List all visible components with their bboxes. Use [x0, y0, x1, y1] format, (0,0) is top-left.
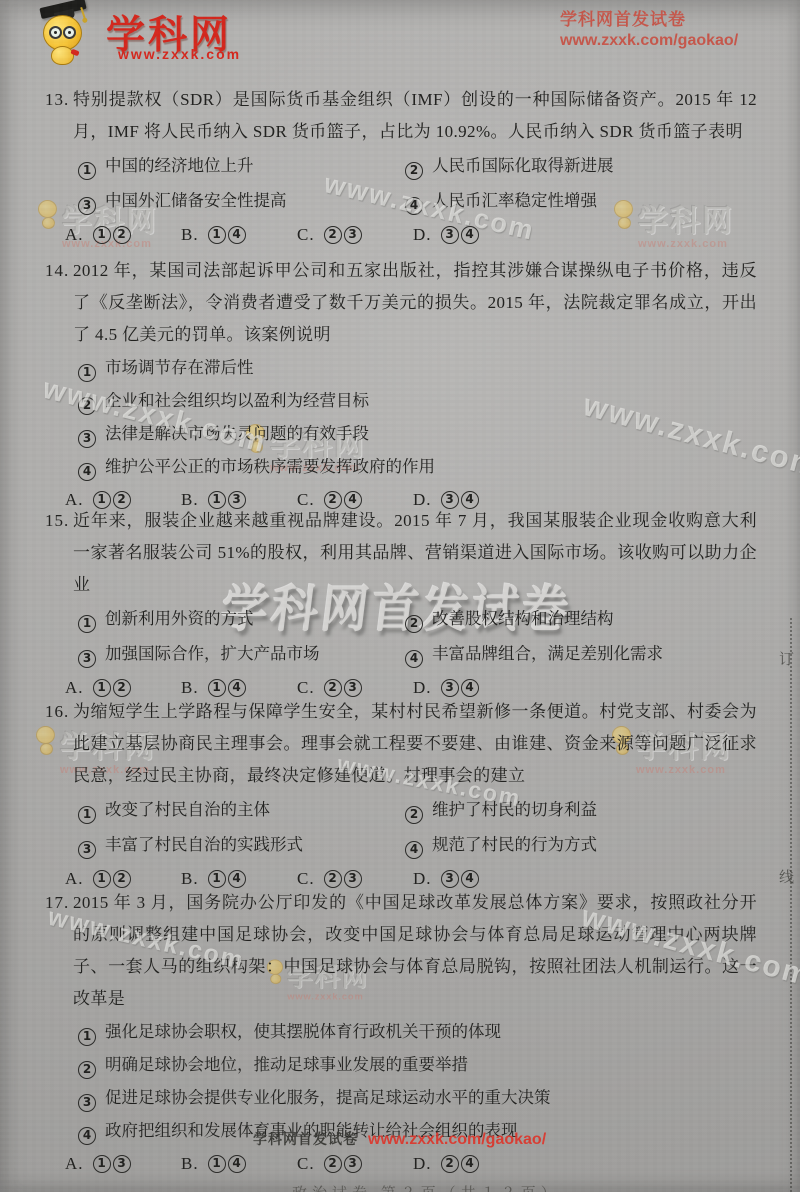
circled-number: 1: [78, 1028, 96, 1046]
option-list: 1市场调节存在滞后性2企业和社会组织均以盈利为经营目标3法律是解决市场失灵问题的…: [78, 351, 757, 483]
option-item: 1创新利用外资的方式: [78, 601, 405, 636]
answer-choice: C.23: [297, 678, 413, 698]
option-item: 2人民币国际化取得新进展: [405, 148, 757, 183]
option-item: 1市场调节存在滞后性: [78, 351, 757, 384]
answer-choice: C.23: [297, 1154, 413, 1174]
answer-letter: B.: [181, 1154, 199, 1174]
circled-number: 3: [441, 226, 459, 244]
answer-choices: A.12B.14C.23D.34: [65, 220, 757, 250]
option-list: 1中国的经济地位上升2人民币国际化取得新进展3中国外汇储备安全性提高4人民币汇率…: [78, 148, 757, 218]
option-text: 人民币汇率稳定性增强: [432, 191, 597, 210]
option-item: 4丰富品牌组合，满足差别化需求: [405, 636, 757, 671]
option-text: 维护了村民的切身利益: [432, 800, 597, 819]
option-text: 市场调节存在滞后性: [105, 358, 254, 377]
page-number-footer-clipped: 政治试卷 第２页（共１２页）: [292, 1182, 672, 1192]
option-list: 1强化足球协会职权，使其摆脱体育行政机关干预的体现2明确足球协会地位，推动足球事…: [78, 1015, 757, 1147]
glasses-icon: [49, 26, 62, 39]
option-item: 2明确足球协会地位，推动足球事业发展的重要举措: [78, 1048, 757, 1081]
circled-number: 2: [324, 1155, 342, 1173]
answer-letter: B.: [181, 225, 199, 245]
circled-number: 3: [113, 1155, 131, 1173]
answer-letter: A.: [65, 1154, 84, 1174]
question-stem: 特别提款权（SDR）是国际货币基金组织（IMF）创设的一种国际储备资产。2015…: [73, 84, 757, 148]
option-item: 2企业和社会组织均以盈利为经营目标: [78, 384, 757, 417]
circled-number: 3: [344, 679, 362, 697]
answer-choice: C.23: [297, 869, 413, 889]
answer-choice: A.12: [65, 225, 181, 245]
answer-choice: C.23: [297, 225, 413, 245]
circled-number: 3: [344, 226, 362, 244]
circled-number: 4: [228, 679, 246, 697]
option-item: 3加强国际合作，扩大产品市场: [78, 636, 405, 671]
brand-url: www.zxxk.com: [118, 46, 241, 62]
answer-letter: B.: [181, 869, 199, 889]
circled-number: 2: [113, 870, 131, 888]
circled-number: 3: [78, 1094, 96, 1112]
circled-number: 4: [461, 679, 479, 697]
circled-number: 2: [324, 679, 342, 697]
option-item: 4规范了村民的行为方式: [405, 827, 757, 862]
circled-number: 1: [208, 1155, 226, 1173]
circled-number: 2: [405, 806, 423, 824]
option-text: 丰富了村民自治的实践形式: [105, 835, 303, 854]
binding-char: 订: [779, 648, 794, 669]
answer-choice: D.24: [413, 1154, 529, 1174]
question-stem: 2015 年 3 月，国务院办公厅印发的《中国足球改革发展总体方案》要求，按照政…: [73, 887, 757, 1015]
answer-choice: A.12: [65, 869, 181, 889]
option-item: 3中国外汇储备安全性提高: [78, 183, 405, 218]
option-text: 改善股权结构和治理结构: [432, 609, 614, 628]
answer-letter: C.: [297, 678, 315, 698]
circled-number: 4: [461, 226, 479, 244]
circled-number: 4: [228, 226, 246, 244]
scanned-exam-page: 学科网 www.zxxk.com 学科网首发试卷 www.zxxk.com/ga…: [0, 0, 800, 1192]
circled-number: 1: [78, 806, 96, 824]
option-text: 强化足球协会职权，使其摆脱体育行政机关干预的体现: [105, 1022, 501, 1041]
answer-letter: D.: [413, 1154, 432, 1174]
glasses-icon: [63, 26, 76, 39]
circled-number: 3: [78, 197, 96, 215]
circled-number: 1: [93, 870, 111, 888]
mascot-body: [51, 46, 74, 65]
question-number: 13.: [45, 84, 69, 116]
circled-number: 1: [93, 226, 111, 244]
option-list: 1创新利用外资的方式2改善股权结构和治理结构3加强国际合作，扩大产品市场4丰富品…: [78, 601, 757, 671]
option-text: 促进足球协会提供专业化服务，提高足球运动水平的重大决策: [105, 1088, 551, 1107]
circled-number: 3: [78, 430, 96, 448]
circled-number: 4: [461, 870, 479, 888]
option-text: 政府把组织和发展体育事业的职能转让给社会组织的表现: [105, 1121, 518, 1140]
option-text: 改变了村民自治的主体: [105, 800, 270, 819]
answer-letter: B.: [181, 678, 199, 698]
question-14: 14.2012 年，某国司法部起诉甲公司和五家出版社，指控其涉嫌合谋操纵电子书价…: [45, 255, 757, 515]
question-17: 17.2015 年 3 月，国务院办公厅印发的《中国足球改革发展总体方案》要求，…: [45, 887, 757, 1179]
option-item: 3促进足球协会提供专业化服务，提高足球运动水平的重大决策: [78, 1081, 757, 1114]
first-release-label: 学科网首发试卷: [560, 9, 738, 30]
answer-letter: A.: [65, 225, 84, 245]
option-text: 规范了村民的行为方式: [432, 835, 597, 854]
binding-dotted-line: [790, 618, 792, 1192]
option-item: 2维护了村民的切身利益: [405, 792, 757, 827]
circled-number: 1: [208, 226, 226, 244]
circled-number: 4: [78, 1127, 96, 1145]
circled-number: 3: [441, 870, 459, 888]
answer-choice: A.13: [65, 1154, 181, 1174]
circled-number: 3: [344, 870, 362, 888]
option-text: 法律是解决市场失灵问题的有效手段: [105, 424, 369, 443]
circled-number: 2: [324, 870, 342, 888]
circled-number: 2: [405, 615, 423, 633]
question-stem: 2012 年，某国司法部起诉甲公司和五家出版社，指控其涉嫌合谋操纵电子书价格，违…: [73, 255, 757, 351]
circled-number: 4: [405, 841, 423, 859]
circled-number: 1: [93, 679, 111, 697]
question-number: 15.: [45, 505, 69, 537]
answer-letter: C.: [297, 869, 315, 889]
circled-number: 2: [324, 226, 342, 244]
question-16: 16.为缩短学生上学路程与保障学生安全，某村村民希望新修一条便道。村党支部、村委…: [45, 696, 757, 894]
question-15: 15.近年来，服装企业越来越重视品牌建设。2015 年 7 月，我国某服装企业现…: [45, 505, 757, 703]
header-right-stamp: 学科网首发试卷 www.zxxk.com/gaokao/: [560, 9, 738, 51]
circled-number: 1: [78, 615, 96, 633]
circled-number: 1: [208, 870, 226, 888]
option-text: 明确足球协会地位，推动足球事业发展的重要举措: [105, 1055, 468, 1074]
circled-number: 1: [208, 679, 226, 697]
answer-letter: C.: [297, 1154, 315, 1174]
circled-number: 3: [441, 679, 459, 697]
answer-choice: B.14: [181, 1154, 297, 1174]
option-text: 加强国际合作，扩大产品市场: [105, 644, 320, 663]
binding-char: 线: [779, 866, 794, 887]
option-text: 中国的经济地位上升: [105, 156, 254, 175]
circled-number: 2: [78, 1061, 96, 1079]
question-stem: 近年来，服装企业越来越重视品牌建设。2015 年 7 月，我国某服装企业现金收购…: [73, 505, 757, 601]
question-number: 17.: [45, 887, 69, 919]
circled-number: 1: [78, 162, 96, 180]
circled-number: 2: [113, 226, 131, 244]
option-text: 维护公平公正的市场秩序需要发挥政府的作用: [105, 457, 435, 476]
answer-choice: B.14: [181, 678, 297, 698]
questions: 13.特别提款权（SDR）是国际货币基金组织（IMF）创设的一种国际储备资产。2…: [45, 84, 757, 1179]
option-list: 1改变了村民自治的主体2维护了村民的切身利益3丰富了村民自治的实践形式4规范了村…: [78, 792, 757, 862]
option-item: 3法律是解决市场失灵问题的有效手段: [78, 417, 757, 450]
answer-choice: B.14: [181, 225, 297, 245]
circled-number: 4: [228, 1155, 246, 1173]
circled-number: 2: [405, 162, 423, 180]
circled-number: 4: [461, 1155, 479, 1173]
circled-number: 4: [228, 870, 246, 888]
zxxk-mascot-icon: [38, 3, 104, 65]
answer-letter: D.: [413, 869, 432, 889]
option-item: 4人民币汇率稳定性增强: [405, 183, 757, 218]
circled-number: 4: [405, 650, 423, 668]
circled-number: 2: [78, 397, 96, 415]
answer-choice: D.34: [413, 225, 529, 245]
option-text: 创新利用外资的方式: [105, 609, 254, 628]
gaokao-url: www.zxxk.com/gaokao/: [560, 30, 738, 51]
circled-number: 3: [78, 650, 96, 668]
circled-number: 3: [344, 1155, 362, 1173]
answer-choice: A.12: [65, 678, 181, 698]
answer-choice: D.34: [413, 678, 529, 698]
answer-choices: A.13B.14C.23D.24: [65, 1149, 757, 1179]
option-item: 4维护公平公正的市场秩序需要发挥政府的作用: [78, 450, 757, 483]
question-number: 14.: [45, 255, 69, 287]
answer-letter: D.: [413, 678, 432, 698]
option-item: 1中国的经济地位上升: [78, 148, 405, 183]
option-item: 1强化足球协会职权，使其摆脱体育行政机关干预的体现: [78, 1015, 757, 1048]
option-text: 企业和社会组织均以盈利为经营目标: [105, 391, 369, 410]
circled-number: 2: [441, 1155, 459, 1173]
option-item: 3丰富了村民自治的实践形式: [78, 827, 405, 862]
circled-number: 1: [78, 364, 96, 382]
option-text: 丰富品牌组合，满足差别化需求: [432, 644, 663, 663]
answer-letter: A.: [65, 869, 84, 889]
answer-letter: D.: [413, 225, 432, 245]
question-number: 16.: [45, 696, 69, 728]
answer-choice: B.14: [181, 869, 297, 889]
option-item: 2改善股权结构和治理结构: [405, 601, 757, 636]
question-stem: 为缩短学生上学路程与保障学生安全，某村村民希望新修一条便道。村党支部、村委会为此…: [73, 696, 757, 792]
question-13: 13.特别提款权（SDR）是国际货币基金组织（IMF）创设的一种国际储备资产。2…: [45, 84, 757, 250]
circled-number: 4: [405, 197, 423, 215]
answer-choice: D.34: [413, 869, 529, 889]
option-text: 中国外汇储备安全性提高: [105, 191, 287, 210]
circled-number: 1: [93, 1155, 111, 1173]
circled-number: 3: [78, 841, 96, 859]
option-text: 人民币国际化取得新进展: [432, 156, 614, 175]
answer-letter: C.: [297, 225, 315, 245]
option-item: 1改变了村民自治的主体: [78, 792, 405, 827]
answer-letter: A.: [65, 678, 84, 698]
circled-number: 4: [78, 463, 96, 481]
circled-number: 2: [113, 679, 131, 697]
option-item: 4政府把组织和发展体育事业的职能转让给社会组织的表现: [78, 1114, 757, 1147]
